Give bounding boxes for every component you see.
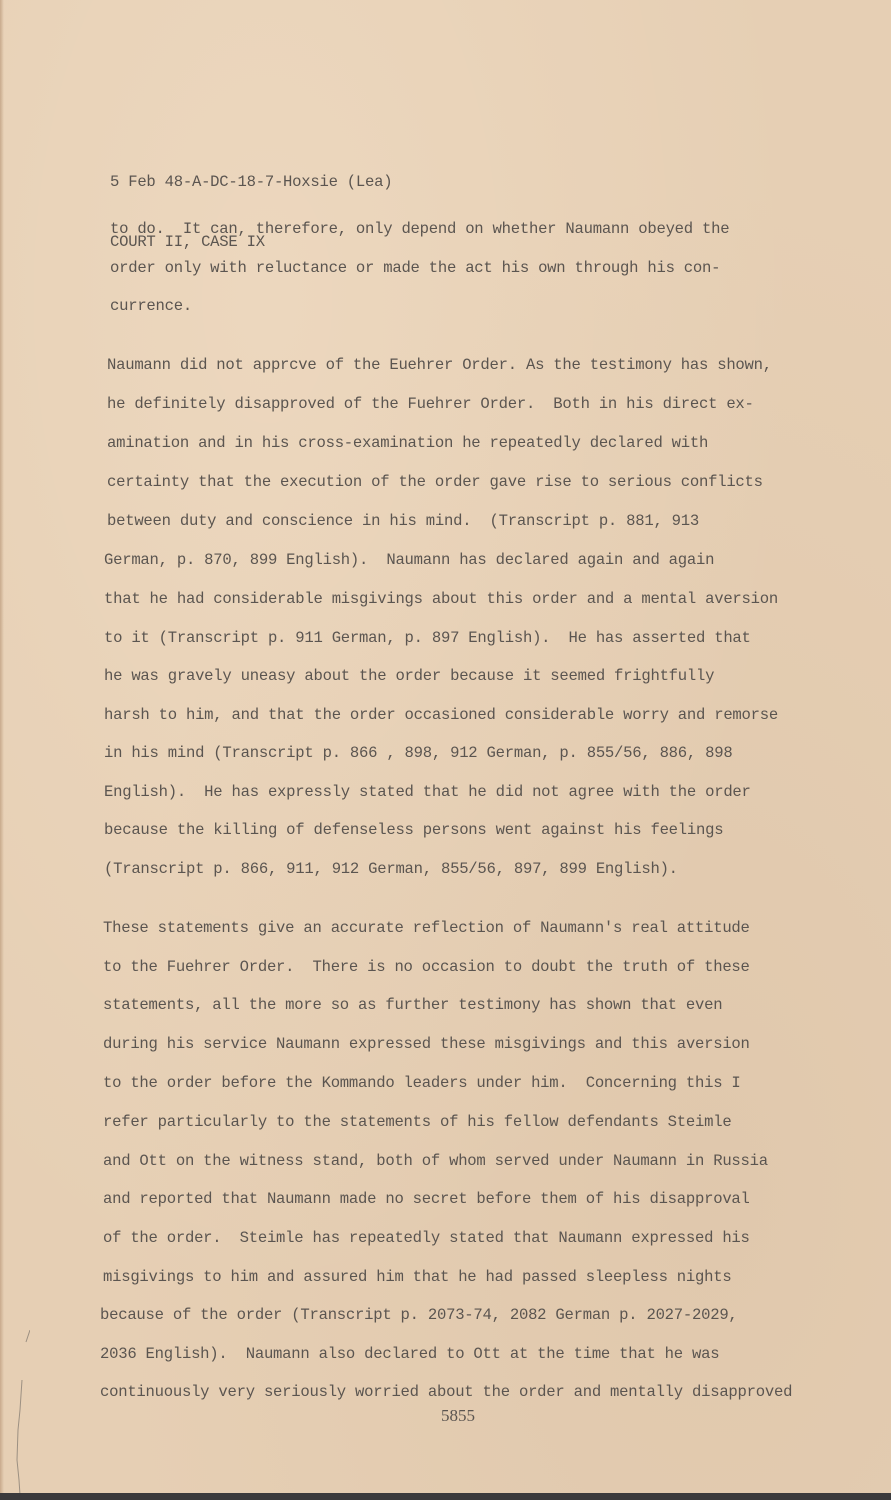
text-line: in his mind (Transcript p. 866 , 898, 91… <box>104 744 732 762</box>
text-line: and reported that Naumann made no secret… <box>103 1190 750 1208</box>
text-line: refer particularly to the statements of … <box>103 1113 731 1131</box>
header-docket-line: 5 Feb 48-A-DC-18-7-Hoxsie (Lea) <box>110 172 392 192</box>
text-line: These statements give an accurate reflec… <box>103 919 750 937</box>
text-line: of the order. Steimle has repeatedly sta… <box>103 1229 750 1247</box>
document-page: 5 Feb 48-A-DC-18-7-Hoxsie (Lea) COURT II… <box>0 0 891 1493</box>
page-edge-shadow <box>0 0 4 1493</box>
text-line: because of the order (Transcript p. 2073… <box>100 1306 738 1324</box>
text-line: currence. <box>110 297 192 315</box>
text-line: 2036 English). Naumann also declared to … <box>100 1345 719 1363</box>
text-line: misgivings to him and assured him that h… <box>103 1268 731 1286</box>
text-line: that he had considerable misgivings abou… <box>104 590 778 608</box>
text-line: he definitely disapproved of the Fuehrer… <box>107 395 754 413</box>
text-line: (Transcript p. 866, 911, 912 German, 855… <box>104 860 678 878</box>
text-line: order only with reluctance or made the a… <box>110 259 720 277</box>
text-line: English). He has expressly stated that h… <box>104 783 751 801</box>
text-line: Naumann did not apprcve of the Euehrer O… <box>107 356 772 374</box>
text-line: to do. It can, therefore, only depend on… <box>110 220 729 238</box>
text-line: because the killing of defenseless perso… <box>104 821 723 839</box>
text-line: to the Fuehrer Order. There is no occasi… <box>103 958 750 976</box>
text-line: and Ott on the witness stand, both of wh… <box>103 1152 768 1170</box>
text-line: harsh to him, and that the order occasio… <box>104 706 778 724</box>
text-line: amination and in his cross-examination h… <box>107 434 708 452</box>
text-line: between duty and conscience in his mind.… <box>107 512 699 530</box>
text-line: continuously very seriously worried abou… <box>100 1383 792 1401</box>
text-line: he was gravely uneasy about the order be… <box>104 667 714 685</box>
scanner-edge <box>0 1493 891 1500</box>
text-line: to the order before the Kommando leaders… <box>103 1074 741 1092</box>
pencil-stroke-mark <box>10 1330 30 1495</box>
page-number: 5855 <box>441 1406 475 1426</box>
text-line: statements, all the more so as further t… <box>103 996 722 1014</box>
text-line: during his service Naumann expressed the… <box>103 1035 750 1053</box>
text-line: certainty that the execution of the orde… <box>107 473 763 491</box>
text-line: to it (Transcript p. 911 German, p. 897 … <box>104 629 751 647</box>
text-line: German, p. 870, 899 English). Naumann ha… <box>104 551 714 569</box>
